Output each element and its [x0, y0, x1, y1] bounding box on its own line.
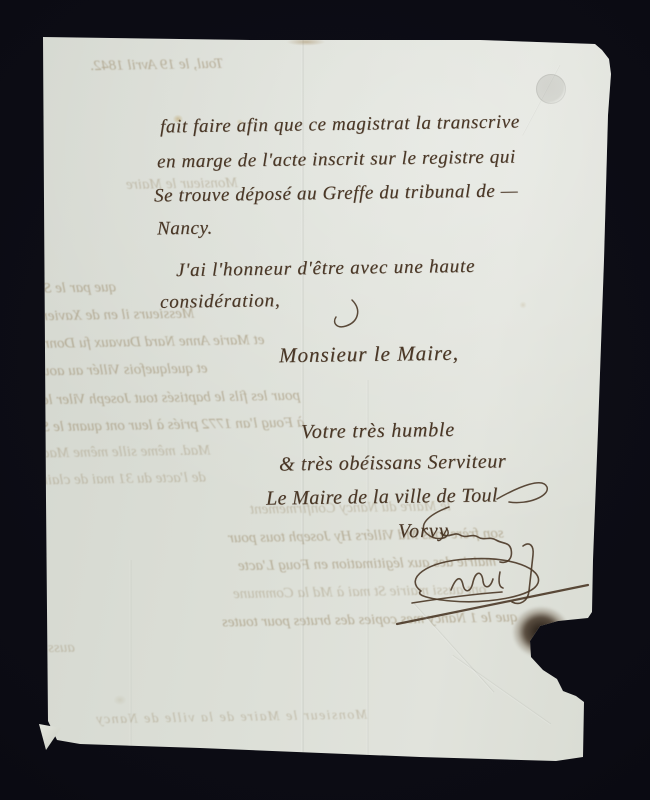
bleed-line: que par le S [44, 280, 116, 297]
closing-line: & très obéissans Serviteur [279, 450, 507, 476]
tear-crease [451, 654, 551, 725]
signature-name: Vorvy [398, 520, 449, 544]
bleed-line: et Marie Anne Nard Duvaux fu Donn [42, 334, 264, 351]
body-line: fait faire afin que ce magistrat la tran… [160, 111, 520, 138]
closing-line: Le Maire de la ville de Toul [266, 484, 498, 510]
bleed-text: Toul, le 19 Avril 1842. [90, 56, 224, 75]
bleed-line: aussi [44, 640, 75, 657]
fold-crease [301, 40, 304, 752]
courtesy-line: considération, [160, 290, 281, 314]
bleed-line: ont aussi mairie St mai à Md la Commune [233, 584, 486, 601]
scan-background: Toul, le 19 Avril 1842. Monsieur le Mair… [0, 0, 650, 800]
body-line: en marge de l'acte inscrit sur le regist… [157, 146, 516, 173]
embossed-seal [536, 74, 566, 104]
tear-crease [412, 602, 495, 693]
courtesy-line: J'ai l'honneur d'être avec une haute [176, 256, 476, 282]
bleed-line: mairie des aux légitimation en Foug L'ac… [238, 556, 496, 573]
letter-paper: Toul, le 19 Avril 1842. Monsieur le Mair… [0, 0, 650, 800]
burn-mark [512, 606, 570, 658]
bleed-line: pour les fils le baptisés tout Joseph Vi… [42, 390, 300, 407]
body-line: Nancy. [157, 218, 213, 241]
bleed-date-line: Toul, le 19 Avril 1842. [90, 57, 223, 74]
bleed-line: et quelquefois Villér au aou [42, 362, 208, 379]
salutation-line: Monsieur le Maire, [279, 341, 459, 369]
body-line: Se trouve déposé au Greffe du tribunal d… [154, 180, 518, 207]
bleed-line: à Foug l'an 1772 priés à leur ont quant … [42, 417, 304, 434]
fold-crease [129, 560, 132, 750]
bleed-line: que le 1 Nancy mes copies des brutes pou… [222, 612, 517, 629]
bleed-line: son frère tous Md Villérs Hy Joseph tous… [228, 528, 504, 545]
bleed-line: de l'acte du 31 mai de clair [42, 471, 206, 488]
signature-paraph [397, 533, 588, 624]
bleed-address-line: Monsieur le Maire de la ville de Nancy [95, 710, 367, 726]
bleed-line: Mad. même sille même Mad [42, 444, 211, 461]
closing-line: Votre très humble [301, 419, 455, 444]
